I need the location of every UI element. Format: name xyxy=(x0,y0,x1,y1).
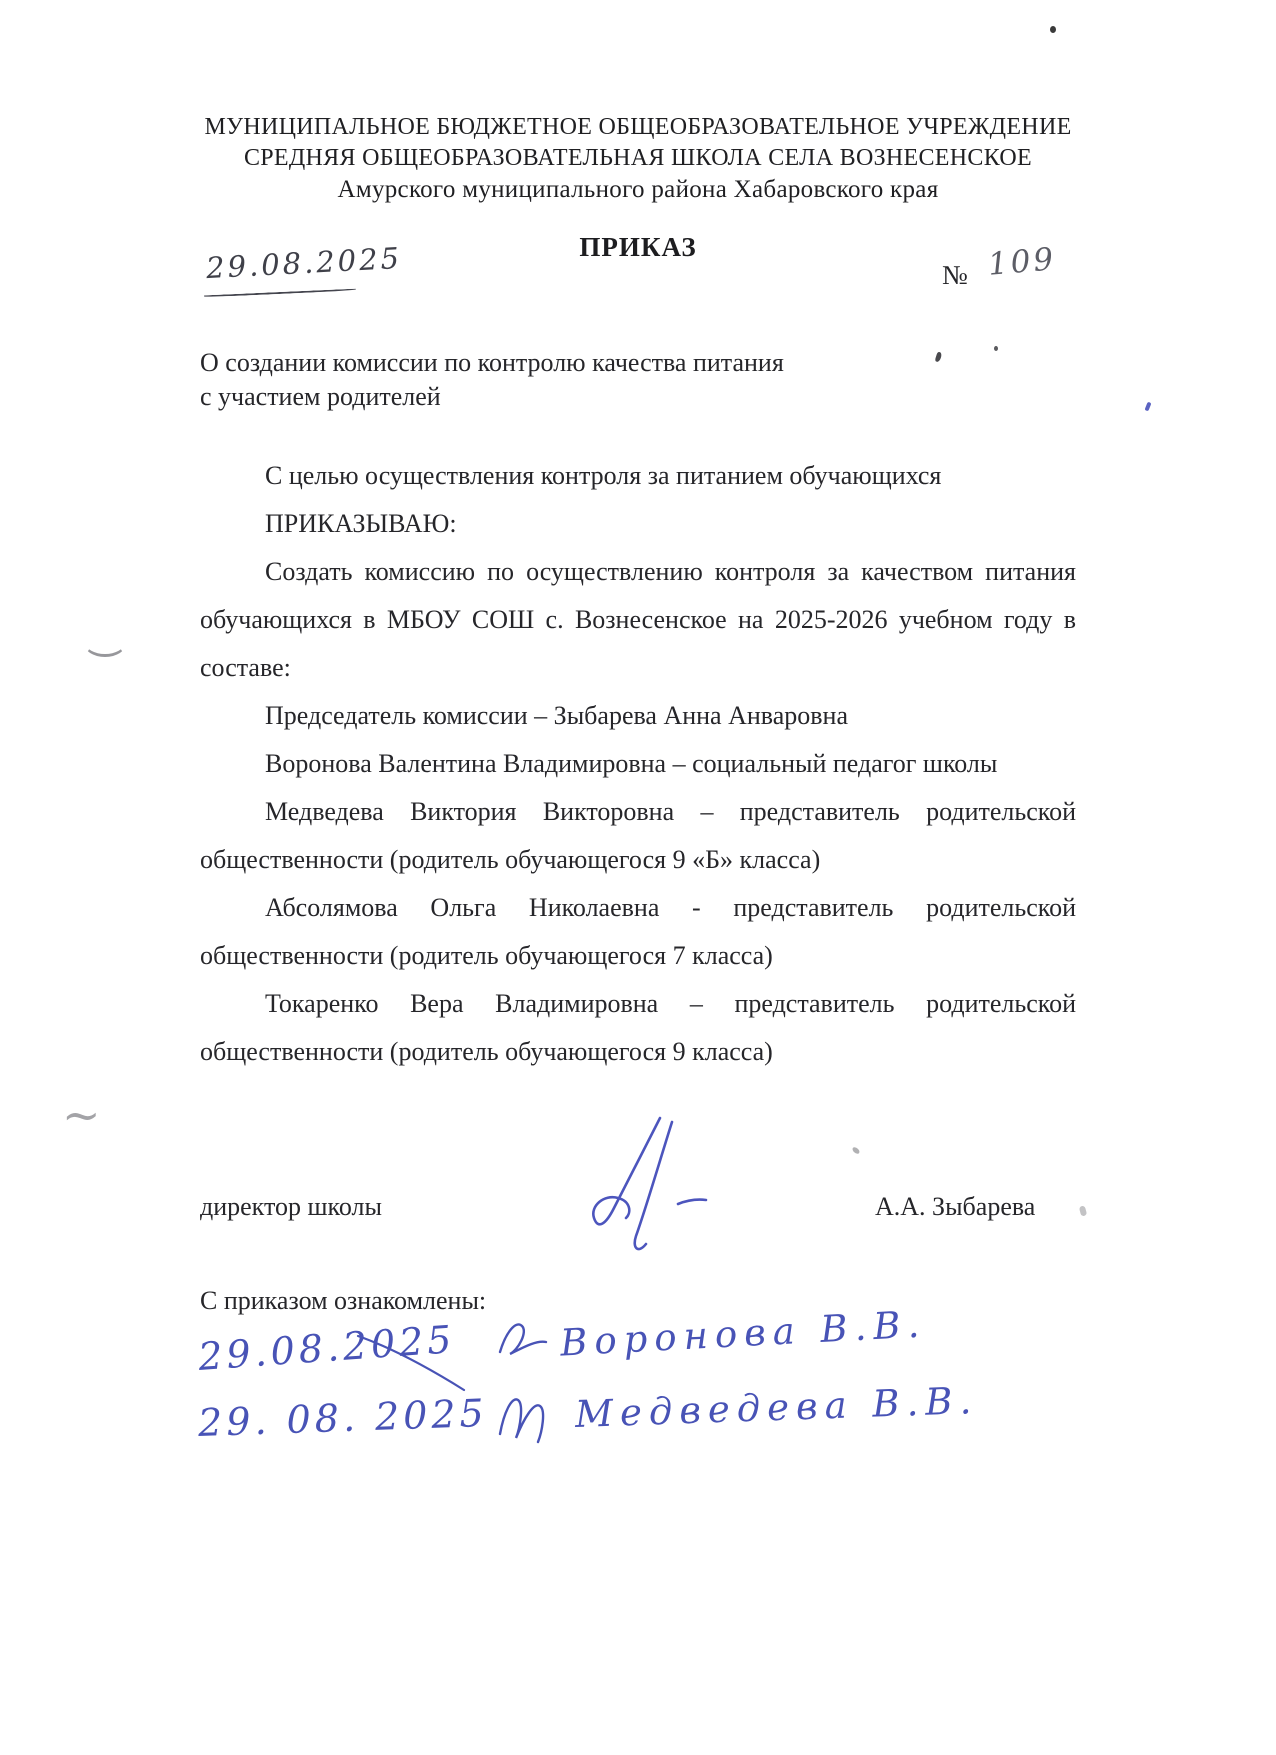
member-absolyamova-line1: Абсолямова Ольга Николаевна - представит… xyxy=(200,884,1076,932)
scan-artifact-smudge xyxy=(851,1146,860,1155)
member-chair: Председатель комиссии – Зыбарева Анна Ан… xyxy=(200,692,1076,740)
signer-role: директор школы xyxy=(200,1192,382,1222)
scanned-order-document: МУНИЦИПАЛЬНОЕ БЮДЖЕТНОЕ ОБЩЕОБРАЗОВАТЕЛЬ… xyxy=(0,0,1276,1755)
member-medvedeva-line2: общественности (родитель обучающегося 9 … xyxy=(200,836,1076,884)
scan-artifact-dot-top-right xyxy=(1050,26,1056,33)
ack-row2-initial-squiggle xyxy=(492,1384,562,1454)
ack-row2-date: 29. 08. 2025 xyxy=(197,1391,488,1445)
ack-row1-date-flourish xyxy=(352,1318,472,1398)
scan-artifact-comma xyxy=(935,351,943,362)
scan-artifact-curve xyxy=(84,630,126,657)
org-name-line2: СРЕДНЯЯ ОБЩЕОБРАЗОВАТЕЛЬНАЯ ШКОЛА СЕЛА В… xyxy=(0,143,1276,174)
scan-artifact-blue-speck xyxy=(1144,402,1151,412)
handwritten-date-underline xyxy=(204,289,356,298)
subject-line2: с участием родителей xyxy=(200,382,441,412)
member-absolyamova-line2: общественности (родитель обучающегося 7 … xyxy=(200,932,1076,980)
document-title: ПРИКАЗ xyxy=(0,232,1276,263)
scan-artifact-tilde: ~ xyxy=(62,1088,101,1142)
ack-row1-name: Воронова В.В. xyxy=(559,1302,927,1364)
number-sign: № xyxy=(942,260,968,291)
acknowledgement-label: С приказом ознакомлены: xyxy=(200,1286,486,1316)
signer-name: А.А. Зыбарева xyxy=(875,1192,1035,1222)
handwritten-order-number: 109 xyxy=(987,241,1058,283)
purpose-line: С целью осуществления контроля за питани… xyxy=(200,452,1076,500)
creation-line2: обучающихся в МБОУ СОШ с. Вознесенское н… xyxy=(200,596,1076,644)
scan-artifact-mark-right xyxy=(1079,1205,1087,1216)
member-tokarenko-line1: Токаренко Вера Владимировна – представит… xyxy=(200,980,1076,1028)
member-voronova: Воронова Валентина Владимировна – социал… xyxy=(200,740,1076,788)
director-signature-ink xyxy=(568,1112,718,1267)
decree-word: ПРИКАЗЫВАЮ: xyxy=(200,500,1076,548)
ack-row1-initial-squiggle xyxy=(492,1312,552,1367)
org-region-line: Амурского муниципального района Хабаровс… xyxy=(0,174,1276,205)
creation-line3: составе: xyxy=(200,644,1076,692)
member-medvedeva-line1: Медведева Виктория Викторовна – представ… xyxy=(200,788,1076,836)
creation-line1: Создать комиссию по осуществлению контро… xyxy=(200,548,1076,596)
scan-artifact-dot xyxy=(994,346,998,351)
org-name-line1: МУНИЦИПАЛЬНОЕ БЮДЖЕТНОЕ ОБЩЕОБРАЗОВАТЕЛЬ… xyxy=(0,112,1276,143)
ack-row2-name: Медведева В.В. xyxy=(574,1379,979,1436)
member-tokarenko-line2: общественности (родитель обучающегося 9 … xyxy=(200,1028,1076,1076)
subject-line1: О создании комиссии по контролю качества… xyxy=(200,348,784,378)
